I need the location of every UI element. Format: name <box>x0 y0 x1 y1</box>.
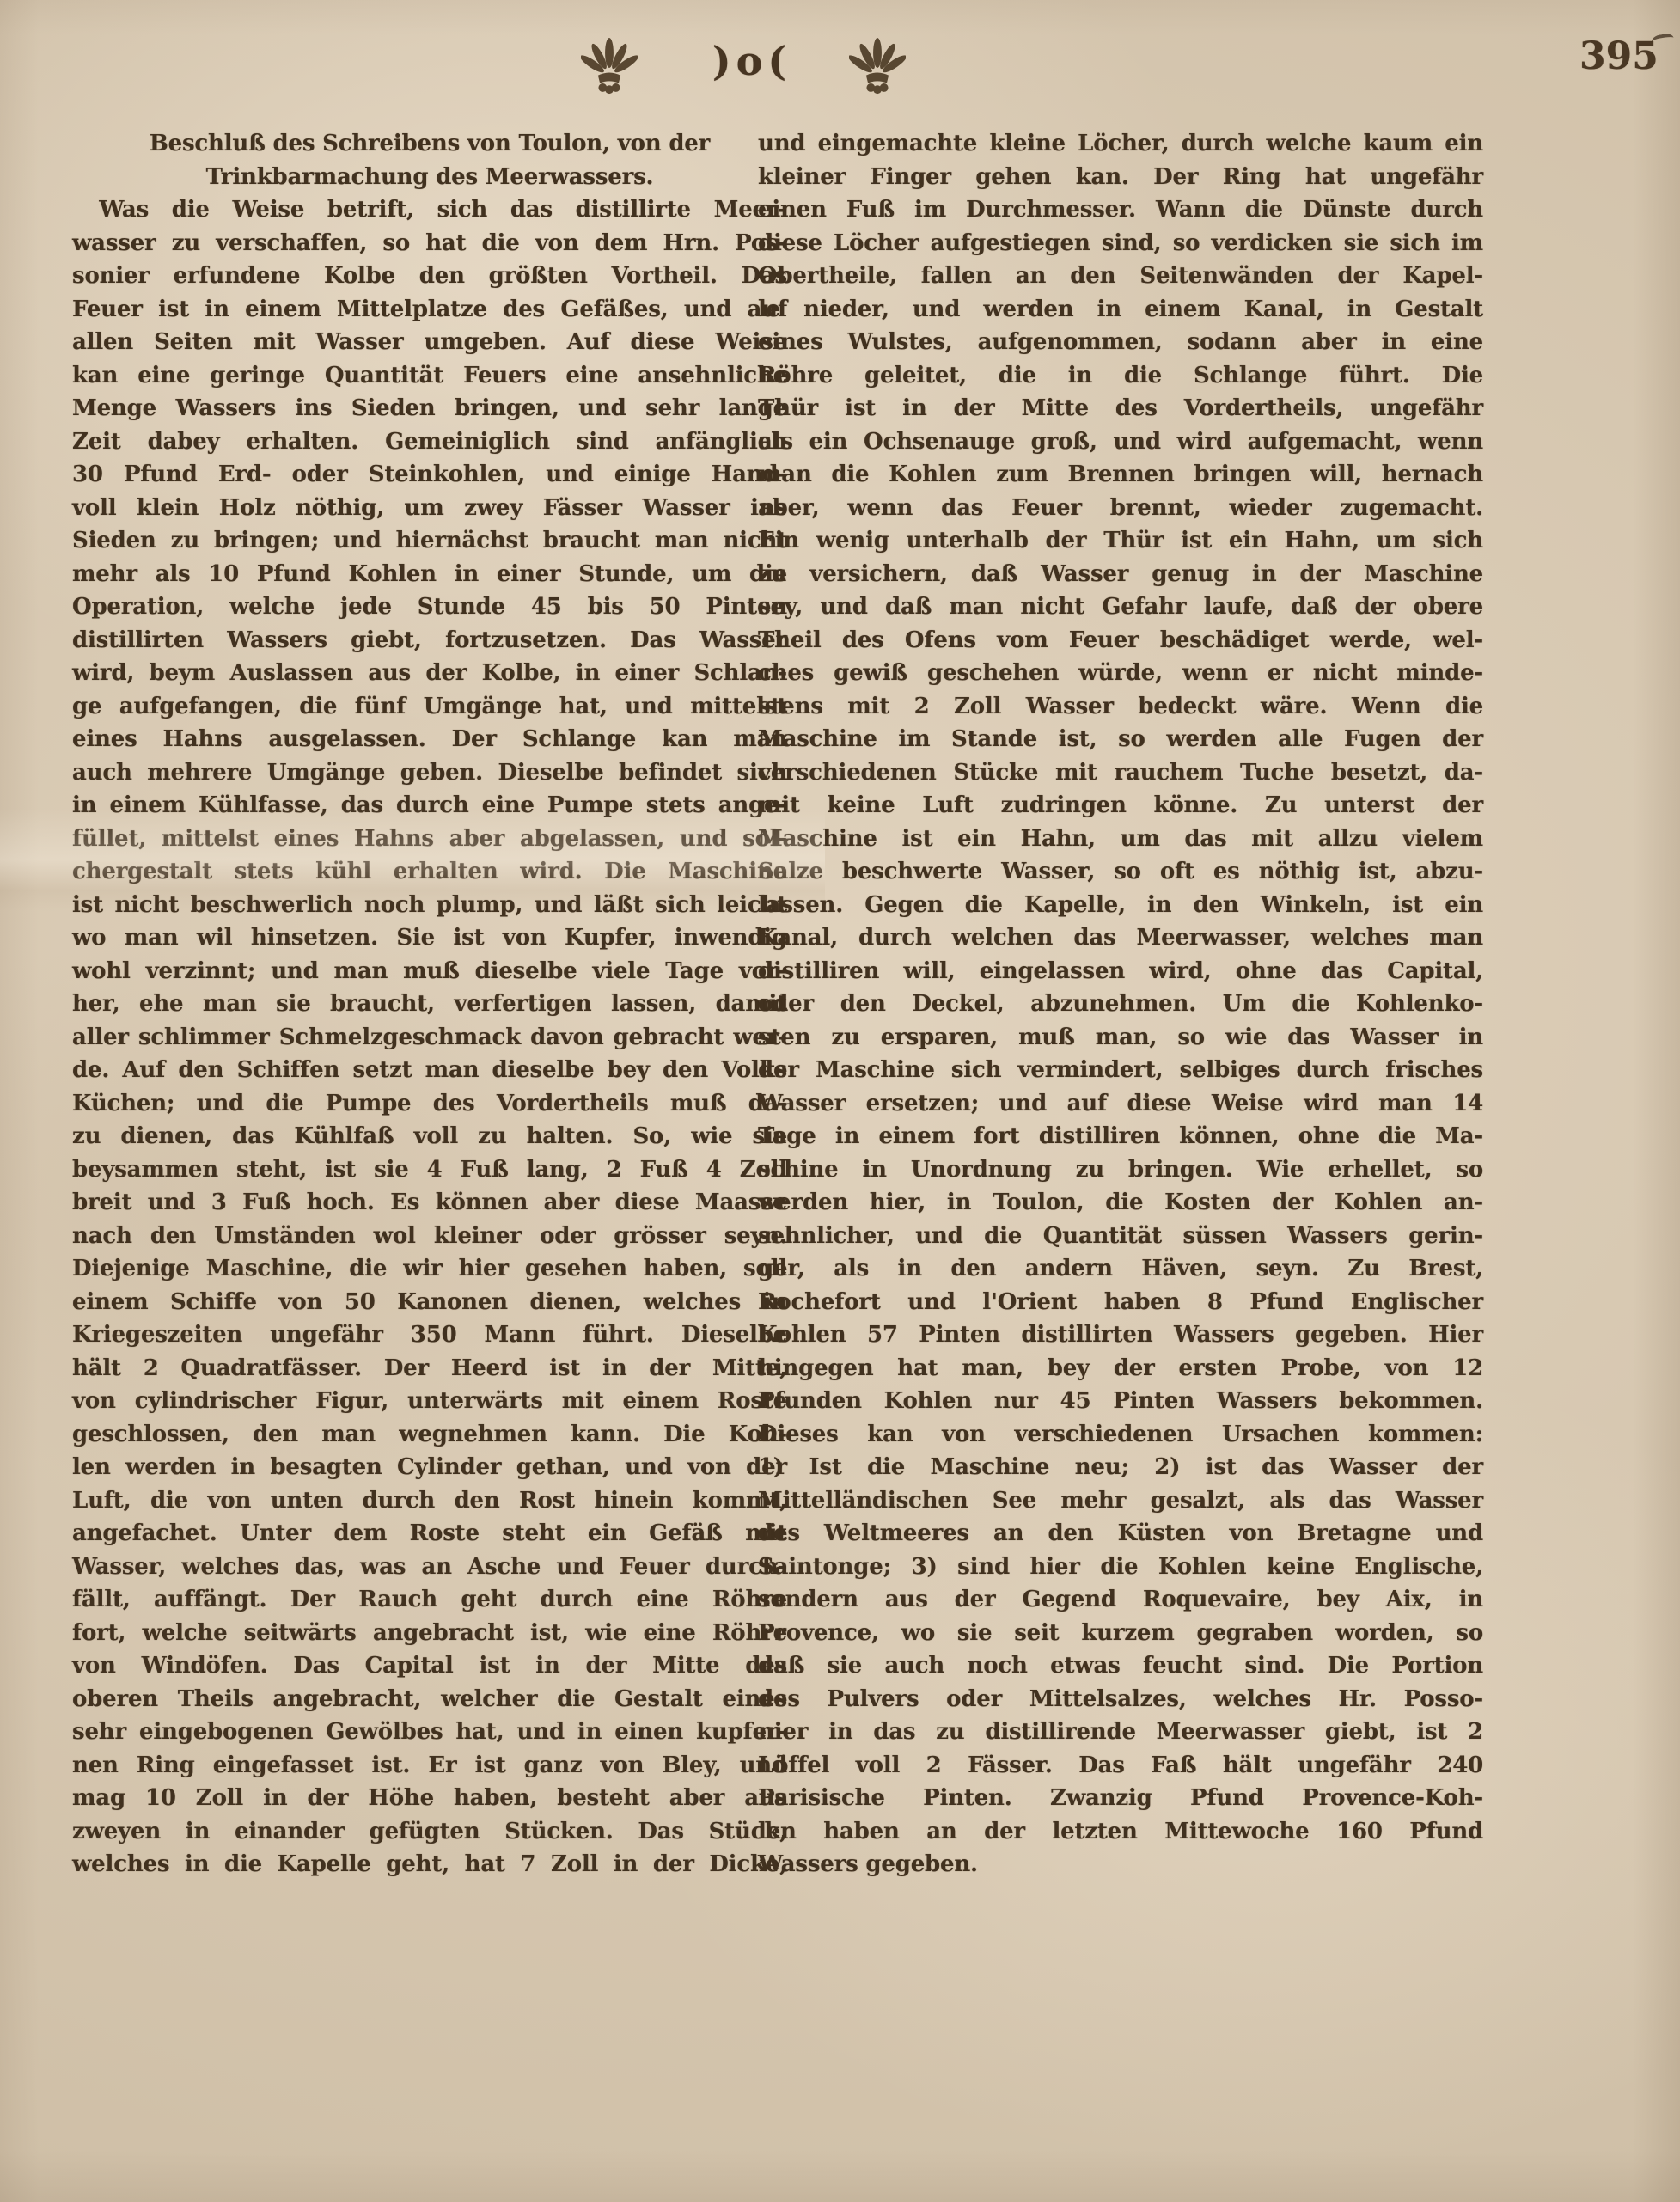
text-line: aller schlimmer Schmelzgeschmack davon g… <box>72 1021 787 1055</box>
text-line: eines Wulstes, aufgenommen, sodann aber … <box>758 326 1483 359</box>
text-line: Luft, die von unten durch den Rost hinei… <box>72 1484 787 1518</box>
text-line: Beschluß des Schreibens von Toulon, von … <box>72 127 787 161</box>
text-line: sten zu ersparen, muß man, so wie das Wa… <box>758 1021 1483 1055</box>
text-line: le nieder, und werden in einem Kanal, in… <box>758 293 1483 327</box>
text-line: Rochefort und l'Orient haben 8 Pfund Eng… <box>758 1286 1483 1319</box>
text-line: Mittelländischen See mehr gesalzt, als d… <box>758 1484 1483 1518</box>
text-line: schine in Unordnung zu bringen. Wie erhe… <box>758 1153 1483 1187</box>
text-line: Sieden zu bringen; und hiernächst brauch… <box>72 524 787 558</box>
text-line: nier in das zu distillirende Meerwasser … <box>758 1716 1483 1749</box>
text-line: aber, wenn das Feuer brennt, wieder zuge… <box>758 492 1483 525</box>
text-line: mit keine Luft zudringen könne. Zu unter… <box>758 789 1483 823</box>
text-line: wohl verzinnt; und man muß dieselbe viel… <box>72 955 787 988</box>
text-line: Thür ist in der Mitte des Vordertheils, … <box>758 392 1483 425</box>
text-line: Röhre geleitet, die in die Schlange führ… <box>758 359 1483 393</box>
text-line: Pfunden Kohlen nur 45 Pinten Wassers bek… <box>758 1385 1483 1418</box>
right-column-text: und eingemachte kleine Löcher, durch wel… <box>758 127 1483 1881</box>
text-line: Maschine ist ein Hahn, um das mit allzu … <box>758 823 1483 856</box>
text-line: sonier erfundene Kolbe den größten Vorth… <box>72 260 787 293</box>
text-line: nach den Umständen wol kleiner oder grös… <box>72 1220 787 1253</box>
text-line: Ein wenig unterhalb der Thür ist ein Hah… <box>758 524 1483 558</box>
text-line: stens mit 2 Zoll Wasser bedeckt wäre. We… <box>758 690 1483 724</box>
article-title: Beschluß des Schreibens von Toulon, von … <box>72 127 787 193</box>
text-line: kan eine geringe Quantität Feuers eine a… <box>72 359 787 393</box>
text-line: der Maschine sich vermindert, selbiges d… <box>758 1054 1483 1087</box>
text-line: wasser zu verschaffen, so hat die von de… <box>72 227 787 260</box>
text-line: welches in die Kapelle geht, hat 7 Zoll … <box>72 1848 787 1881</box>
text-line: Wasser ersetzen; und auf diese Weise wir… <box>758 1087 1483 1121</box>
text-line: 1) Ist die Maschine neu; 2) ist das Wass… <box>758 1451 1483 1484</box>
text-line: man die Kohlen zum Brennen bringen will,… <box>758 458 1483 492</box>
text-line: Was die Weise betrift, sich das distilli… <box>72 193 787 227</box>
text-line: auch mehrere Umgänge geben. Dieselbe bef… <box>72 756 787 790</box>
text-line: einem Schiffe von 50 Kanonen dienen, wel… <box>72 1286 787 1319</box>
text-line: Operation, welche jede Stunde 45 bis 50 … <box>72 590 787 624</box>
text-line: ist nicht beschwerlich noch plump, und l… <box>72 889 787 922</box>
text-line: werden hier, in Toulon, die Kosten der K… <box>758 1186 1483 1220</box>
text-line: Provence, wo sie seit kurzem gegraben wo… <box>758 1617 1483 1650</box>
left-column-text: Was die Weise betrift, sich das distilli… <box>72 193 787 1881</box>
text-line: von cylindrischer Figur, unterwärts mit … <box>72 1385 787 1418</box>
text-line: diese Löcher aufgestiegen sind, so verdi… <box>758 227 1483 260</box>
text-line: fort, welche seitwärts angebracht ist, w… <box>72 1617 787 1650</box>
text-line: breit und 3 Fuß hoch. Es können aber die… <box>72 1186 787 1220</box>
text-line: hingegen hat man, bey der ersten Probe, … <box>758 1352 1483 1385</box>
text-line: Zeit dabey erhalten. Gemeiniglich sind a… <box>72 425 787 459</box>
text-line: Wassers gegeben. <box>758 1848 1483 1881</box>
text-line: angefachet. Unter dem Roste steht ein Ge… <box>72 1517 787 1551</box>
text-line: beysammen steht, ist sie 4 Fuß lang, 2 F… <box>72 1153 787 1187</box>
text-line: chergestalt stets kühl erhalten wird. Di… <box>72 855 787 889</box>
text-line: verschiedenen Stücke mit rauchem Tuche b… <box>758 756 1483 790</box>
text-line: kleiner Finger gehen kan. Der Ring hat u… <box>758 161 1483 194</box>
text-line: wo man wil hinsetzen. Sie ist von Kupfer… <box>72 921 787 955</box>
text-line: Trinkbarmachung des Meerwassers. <box>72 161 787 194</box>
text-line: Feuer ist in einem Mittelplatze des Gefä… <box>72 293 787 327</box>
text-line: Kohlen 57 Pinten distillirten Wassers ge… <box>758 1318 1483 1352</box>
text-line: Parisische Pinten. Zwanzig Pfund Provenc… <box>758 1782 1483 1815</box>
text-line: eines Hahns ausgelassen. Der Schlange ka… <box>72 723 787 756</box>
text-line: hält 2 Quadratfässer. Der Heerd ist in d… <box>72 1352 787 1385</box>
text-line: len haben an der letzten Mittewoche 160 … <box>758 1815 1483 1849</box>
text-line: des Pulvers oder Mittelsalzes, welches H… <box>758 1683 1483 1716</box>
text-line: einen Fuß im Durchmesser. Wann die Dünst… <box>758 193 1483 227</box>
text-line: Löffel voll 2 Fässer. Das Faß hält ungef… <box>758 1749 1483 1783</box>
text-line: zu versichern, daß Wasser genug in der M… <box>758 558 1483 591</box>
text-line: Obertheile, fallen an den Seitenwänden d… <box>758 260 1483 293</box>
shell-ornament-icon <box>581 38 638 98</box>
text-line: Saintonge; 3) sind hier die Kohlen keine… <box>758 1551 1483 1584</box>
text-line: Kriegeszeiten ungefähr 350 Mann führt. D… <box>72 1318 787 1352</box>
text-line: Tage in einem fort distilliren können, o… <box>758 1120 1483 1153</box>
text-line: voll klein Holz nöthig, um zwey Fässer W… <box>72 492 787 525</box>
text-line: 30 Pfund Erd- oder Steinkohlen, und eini… <box>72 458 787 492</box>
text-line: ches gewiß geschehen würde, wenn er nich… <box>758 657 1483 690</box>
text-line: Kanal, durch welchen das Meerwasser, wel… <box>758 921 1483 955</box>
text-line: her, ehe man sie braucht, verfertigen la… <box>72 988 787 1021</box>
text-line: Dieses kan von verschiedenen Ursachen ko… <box>758 1418 1483 1452</box>
text-line: ge aufgefangen, die fünf Umgänge hat, un… <box>72 690 787 724</box>
text-line: füllet, mittelst eines Hahns aber abgela… <box>72 823 787 856</box>
text-line: distilliren will, eingelassen wird, ohne… <box>758 955 1483 988</box>
right-column: und eingemachte kleine Löcher, durch wel… <box>758 127 1483 1881</box>
text-line: distillirten Wassers giebt, fortzusetzen… <box>72 624 787 658</box>
text-line: sondern aus der Gegend Roquevaire, bey A… <box>758 1583 1483 1617</box>
text-line: geschlossen, den man wegnehmen kann. Die… <box>72 1418 787 1452</box>
text-line: sehnlicher, und die Quantität süssen Was… <box>758 1220 1483 1253</box>
text-line: fällt, auffängt. Der Rauch geht durch ei… <box>72 1583 787 1617</box>
text-line: Maschine im Stande ist, so werden alle F… <box>758 723 1483 756</box>
text-line: ger, als in den andern Häven, seyn. Zu B… <box>758 1252 1483 1286</box>
shell-ornament-icon <box>849 38 906 98</box>
text-line: und eingemachte kleine Löcher, durch wel… <box>758 127 1483 161</box>
text-line: zweyen in einander gefügten Stücken. Das… <box>72 1815 787 1849</box>
text-line: oberen Theils angebracht, welcher die Ge… <box>72 1683 787 1716</box>
text-line: wird, beym Auslassen aus der Kolbe, in e… <box>72 657 787 690</box>
section-divider-mark: )o( <box>705 38 799 84</box>
text-line: oder den Deckel, abzunehmen. Um die Kohl… <box>758 988 1483 1021</box>
text-line: als ein Ochsenauge groß, und wird aufgem… <box>758 425 1483 459</box>
text-line: Menge Wassers ins Sieden bringen, und se… <box>72 392 787 425</box>
text-line: Theil des Ofens vom Feuer beschädiget we… <box>758 624 1483 658</box>
text-line: in einem Kühlfasse, das durch eine Pumpe… <box>72 789 787 823</box>
text-line: Diejenige Maschine, die wir hier gesehen… <box>72 1252 787 1286</box>
text-line: lassen. Gegen die Kapelle, in den Winkel… <box>758 889 1483 922</box>
text-line: sehr eingebogenen Gewölbes hat, und in e… <box>72 1716 787 1749</box>
text-line: Wasser, welches das, was an Asche und Fe… <box>72 1551 787 1584</box>
text-line: Salze beschwerte Wasser, so oft es nöthi… <box>758 855 1483 889</box>
text-line: len werden in besagten Cylinder gethan, … <box>72 1451 787 1484</box>
page-header: )o( 395 <box>0 33 1680 101</box>
page-sheet: )o( 395 Beschluß des Schreibens von Tou <box>0 0 1680 2202</box>
text-line: allen Seiten mit Wasser umgeben. Auf die… <box>72 326 787 359</box>
text-line: von Windöfen. Das Capital ist in der Mit… <box>72 1649 787 1683</box>
text-line: des Weltmeeres an den Küsten von Bretagn… <box>758 1517 1483 1551</box>
text-line: zu dienen, das Kühlfaß voll zu halten. S… <box>72 1120 787 1153</box>
left-column: Beschluß des Schreibens von Toulon, von … <box>72 127 787 1881</box>
text-line: de. Auf den Schiffen setzt man dieselbe … <box>72 1054 787 1087</box>
text-line: mehr als 10 Pfund Kohlen in einer Stunde… <box>72 558 787 591</box>
text-line: Küchen; und die Pumpe des Vordertheils m… <box>72 1087 787 1121</box>
text-line: nen Ring eingefasset ist. Er ist ganz vo… <box>72 1749 787 1783</box>
text-line: daß sie auch noch etwas feucht sind. Die… <box>758 1649 1483 1683</box>
text-line: mag 10 Zoll in der Höhe haben, besteht a… <box>72 1782 787 1815</box>
text-line: sey, und daß man nicht Gefahr laufe, daß… <box>758 590 1483 624</box>
